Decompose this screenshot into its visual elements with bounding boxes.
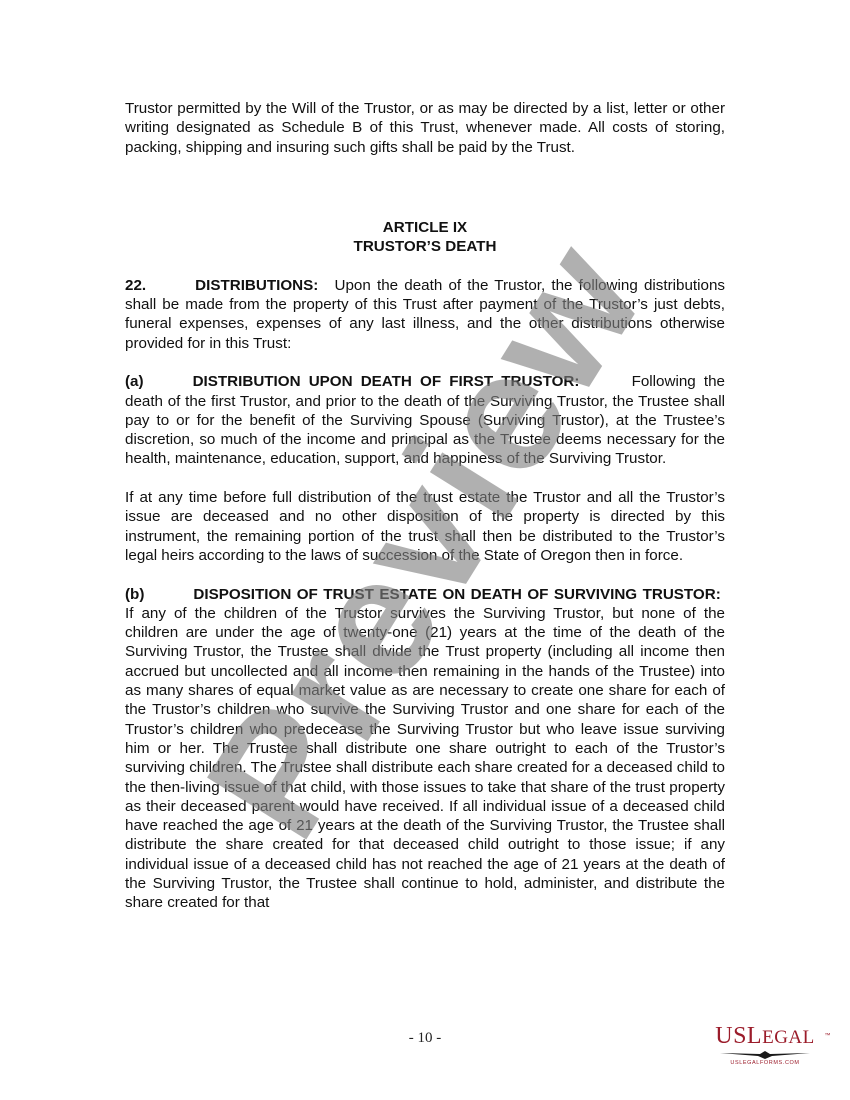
eagle-emblem-icon bbox=[720, 1051, 810, 1059]
subsection-b: (b)DISPOSITION OF TRUST ESTATE ON DEATH … bbox=[125, 585, 725, 913]
paragraph-heirs: If at any time before full distribution … bbox=[125, 488, 725, 565]
subsection-a-label: (a) bbox=[125, 373, 144, 390]
logo-wordmark: USLEGAL™ bbox=[705, 1024, 825, 1050]
subsection-b-text: If any of the children of the Trustor su… bbox=[125, 605, 725, 911]
spacer bbox=[125, 157, 725, 218]
spacer bbox=[125, 256, 725, 275]
uslegal-logo[interactable]: USLEGAL™ USLEGALFORMS.COM bbox=[705, 1024, 825, 1070]
document-body: Trustor permitted by the Will of the Tru… bbox=[125, 99, 725, 913]
logo-url: USLEGALFORMS.COM bbox=[705, 1060, 825, 1066]
section-22-number: 22. bbox=[125, 277, 146, 294]
article-number: ARTICLE IX bbox=[125, 218, 725, 237]
subsection-b-label: (b) bbox=[125, 586, 144, 603]
subsection-a-heading: DISTRIBUTION UPON DEATH OF FIRST TRUSTOR… bbox=[193, 373, 580, 390]
spacer bbox=[125, 469, 725, 488]
subsection-b-heading: DISPOSITION OF TRUST ESTATE ON DEATH OF … bbox=[193, 586, 720, 603]
spacer bbox=[125, 353, 725, 372]
spacer bbox=[125, 565, 725, 584]
article-title: TRUSTOR’S DEATH bbox=[125, 237, 725, 256]
subsection-a: (a)DISTRIBUTION UPON DEATH OF FIRST TRUS… bbox=[125, 372, 725, 468]
document-page: Trustor permitted by the Will of the Tru… bbox=[0, 0, 850, 1100]
intro-paragraph: Trustor permitted by the Will of the Tru… bbox=[125, 99, 725, 157]
section-22-heading: DISTRIBUTIONS: bbox=[195, 277, 318, 294]
section-22: 22.DISTRIBUTIONS: Upon the death of the … bbox=[125, 276, 725, 353]
